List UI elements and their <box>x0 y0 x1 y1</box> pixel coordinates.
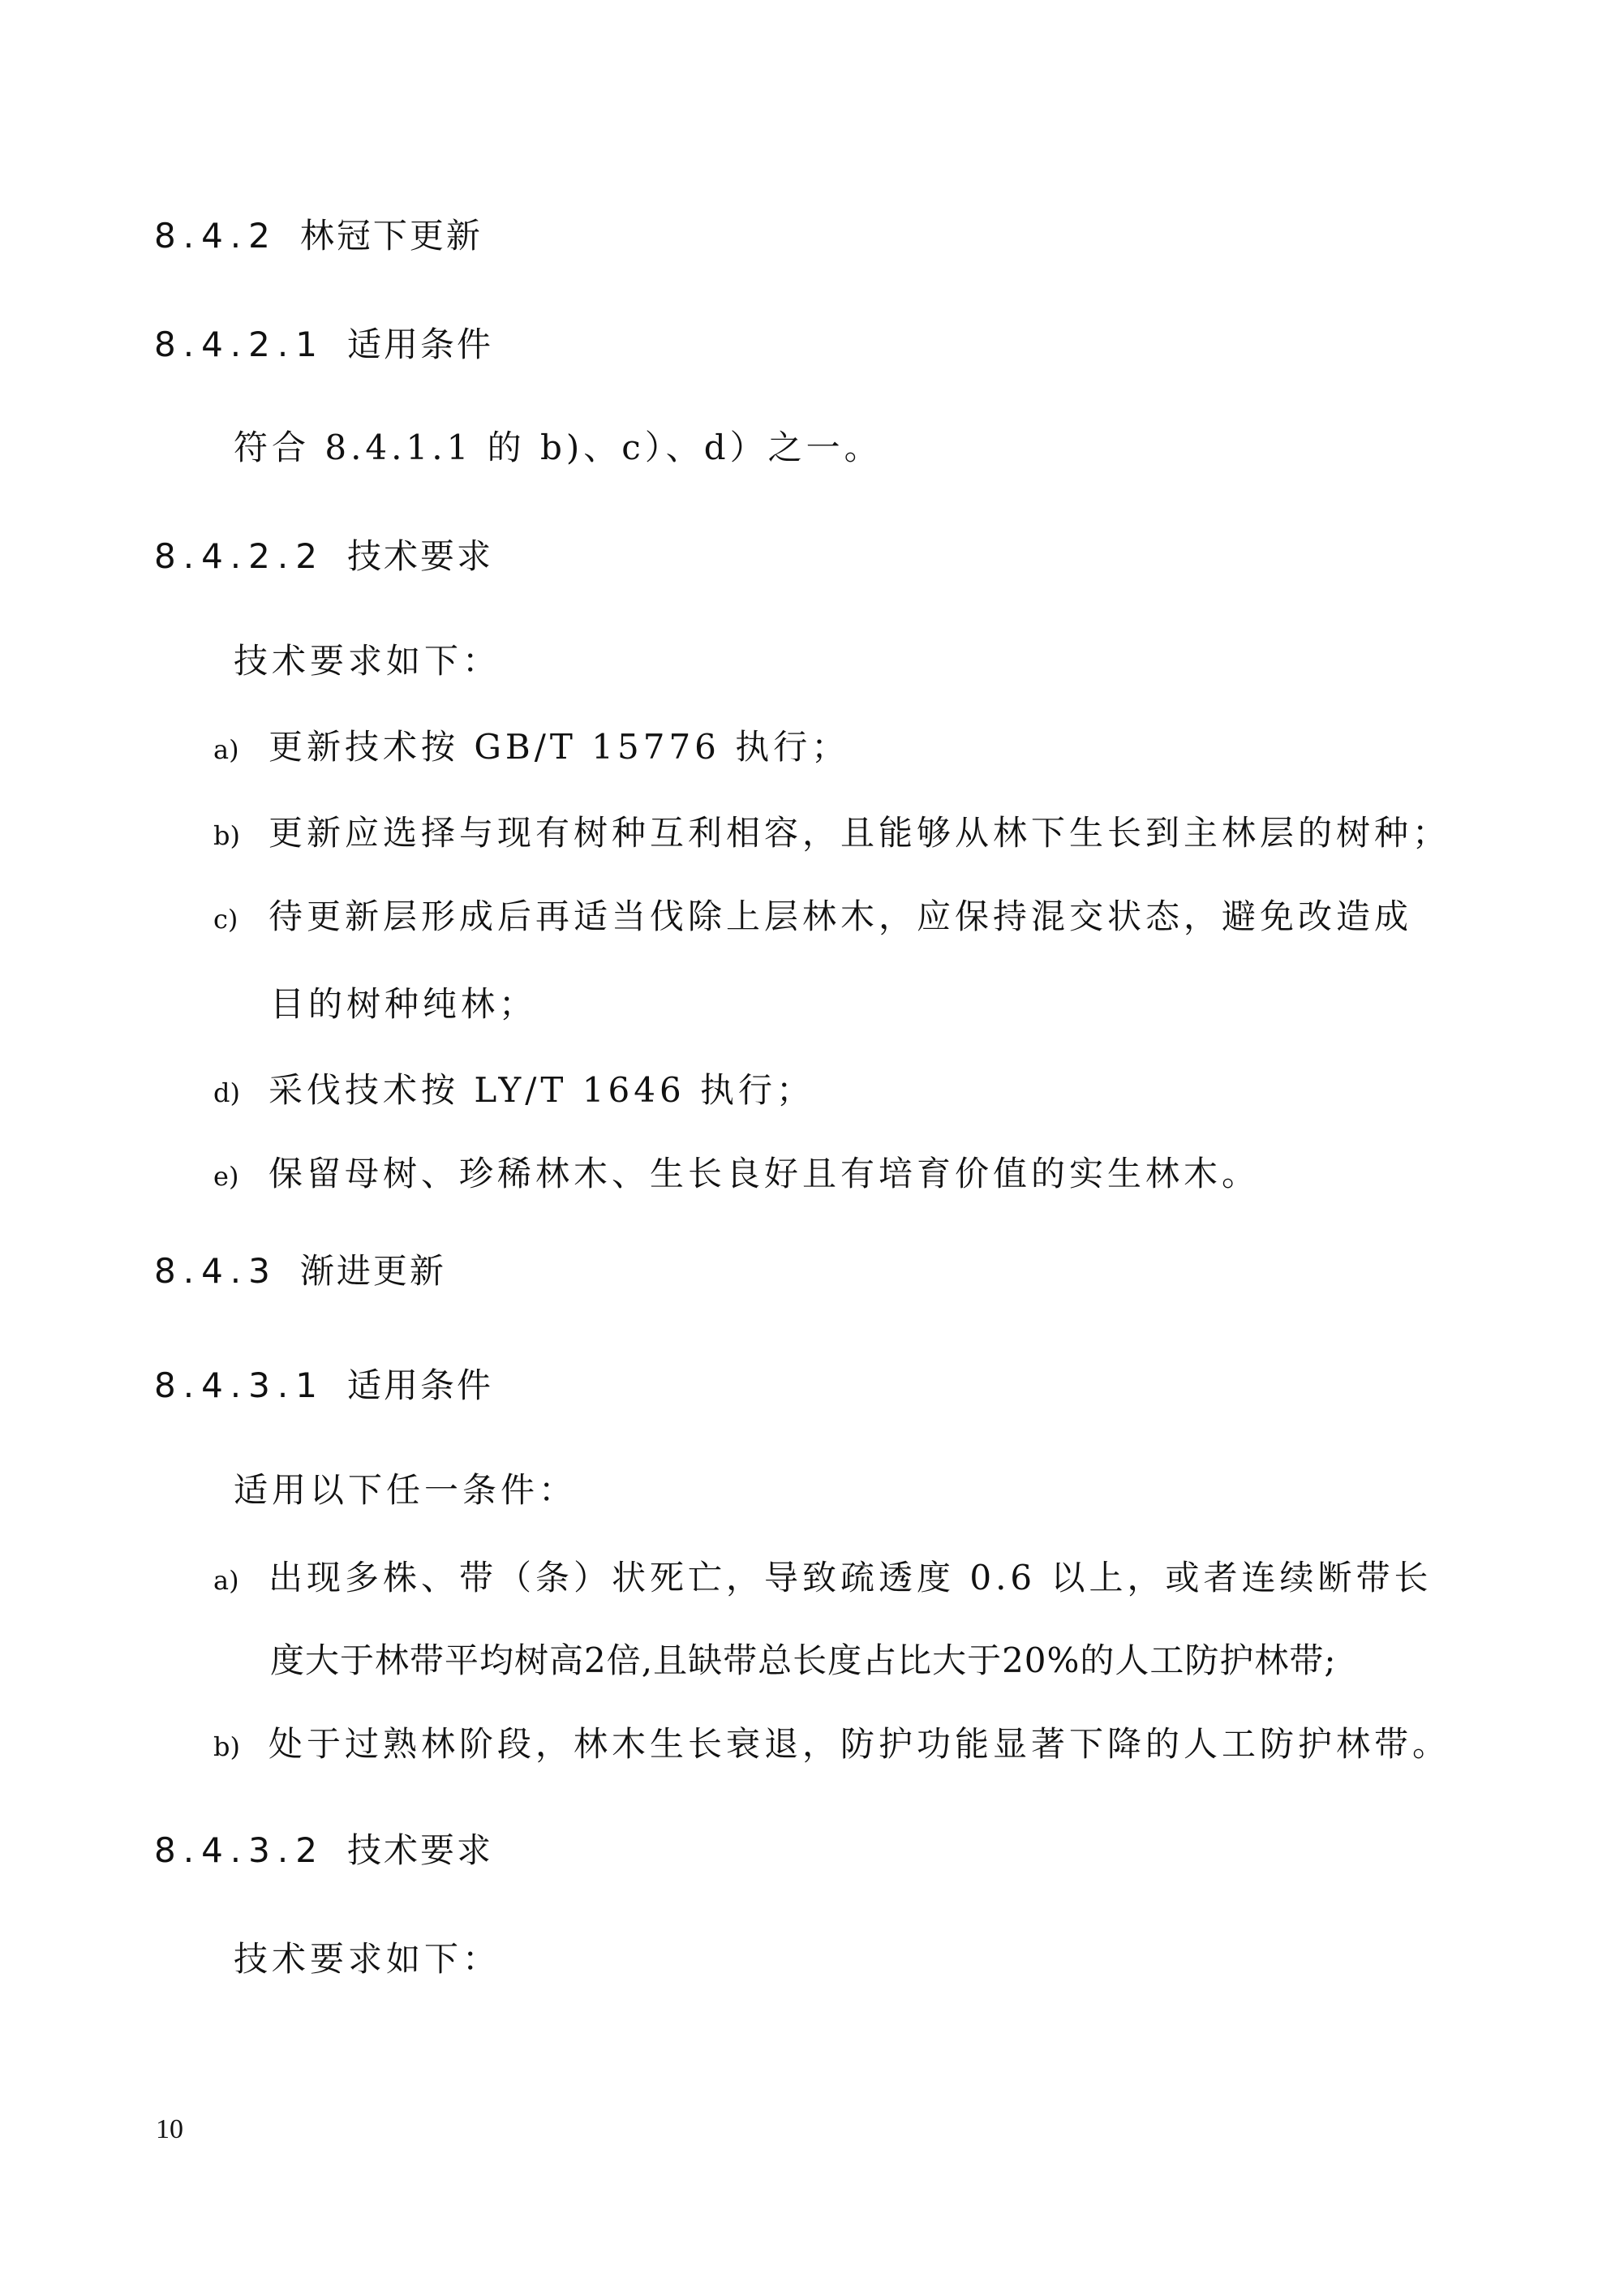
list-marker: e) <box>213 1163 269 1189</box>
section-heading-8-4-3-1: 8.4.3.1适用条件 <box>154 1369 493 1403</box>
list-item-text: 更新技术按 GB/T 15776 执行； <box>269 727 849 767</box>
list-marker: b) <box>213 823 269 849</box>
list-item-text: 待更新层形成后再适当伐除上层林木，应保持混交状态，避免改造成 <box>269 896 1412 936</box>
list-item-b: b)更新应选择与现有树种互利相容，且能够从林下生长到主林层的树种； <box>213 816 1450 850</box>
section-number: 8.4.2.1 <box>154 328 324 362</box>
list-marker: a) <box>213 1567 269 1593</box>
page-number: 10 <box>156 2116 183 2143</box>
section-number: 8.4.3.1 <box>154 1369 324 1403</box>
list-marker: a) <box>213 737 269 763</box>
list-item-b: b)处于过熟林阶段，林木生长衰退，防护功能显著下降的人工防护林带。 <box>213 1727 1450 1761</box>
section-number: 8.4.2 <box>154 219 277 253</box>
section-heading-8-4-3-2: 8.4.3.2技术要求 <box>154 1834 493 1868</box>
list-item-text: 更新应选择与现有树种互利相容，且能够从林下生长到主林层的树种； <box>269 813 1450 853</box>
section-title: 适用条件 <box>347 1369 493 1403</box>
list-marker: b) <box>213 1734 269 1760</box>
section-title: 适用条件 <box>347 328 493 362</box>
list-item-text: 采伐技术按 LY/T 1646 执行； <box>269 1070 814 1110</box>
list-item-continuation: 度大于林带平均树高2倍,且缺带总长度占比大于20%的人工防护林带; <box>270 1644 1337 1678</box>
section-title: 技术要求 <box>347 540 493 574</box>
list-item-a: a)更新技术按 GB/T 15776 执行； <box>213 730 849 764</box>
section-heading-8-4-2-1: 8.4.2.1适用条件 <box>154 328 493 362</box>
list-item-d: d)采伐技术按 LY/T 1646 执行； <box>213 1073 814 1107</box>
section-heading-8-4-2: 8.4.2林冠下更新 <box>154 219 483 253</box>
paragraph: 适用以下任一条件： <box>234 1473 577 1507</box>
list-item-text: 处于过熟林阶段，林木生长衰退，防护功能显著下降的人工防护林带。 <box>269 1724 1450 1764</box>
paragraph: 技术要求如下： <box>234 1942 501 1976</box>
section-number: 8.4.2.2 <box>154 540 324 574</box>
section-title: 林冠下更新 <box>300 219 483 253</box>
list-item-c: c)待更新层形成后再适当伐除上层林木，应保持混交状态，避免改造成 <box>213 900 1412 934</box>
list-item-text: 出现多株、带（条）状死亡，导致疏透度 0.6 以上，或者连续断带长 <box>269 1558 1433 1597</box>
list-item-e: e)保留母树、珍稀林木、生长良好且有培育价值的实生林木。 <box>213 1157 1260 1191</box>
section-number: 8.4.3 <box>154 1254 277 1288</box>
section-number: 8.4.3.2 <box>154 1834 324 1868</box>
paragraph: 符合 8.4.1.1 的 b)、c）、d）之一。 <box>234 431 883 465</box>
section-heading-8-4-3: 8.4.3渐进更新 <box>154 1254 446 1288</box>
list-item-text: 保留母树、珍稀林木、生长良好且有培育价值的实生林木。 <box>269 1154 1260 1193</box>
list-marker: c) <box>213 906 269 932</box>
list-marker: d) <box>213 1080 269 1106</box>
list-item-continuation: 目的树种纯林； <box>270 987 537 1021</box>
paragraph: 技术要求如下： <box>234 644 501 678</box>
list-item-a: a)出现多株、带（条）状死亡，导致疏透度 0.6 以上，或者连续断带长 <box>213 1561 1433 1595</box>
section-heading-8-4-2-2: 8.4.2.2技术要求 <box>154 540 493 574</box>
section-title: 技术要求 <box>347 1834 493 1868</box>
section-title: 渐进更新 <box>300 1254 446 1288</box>
